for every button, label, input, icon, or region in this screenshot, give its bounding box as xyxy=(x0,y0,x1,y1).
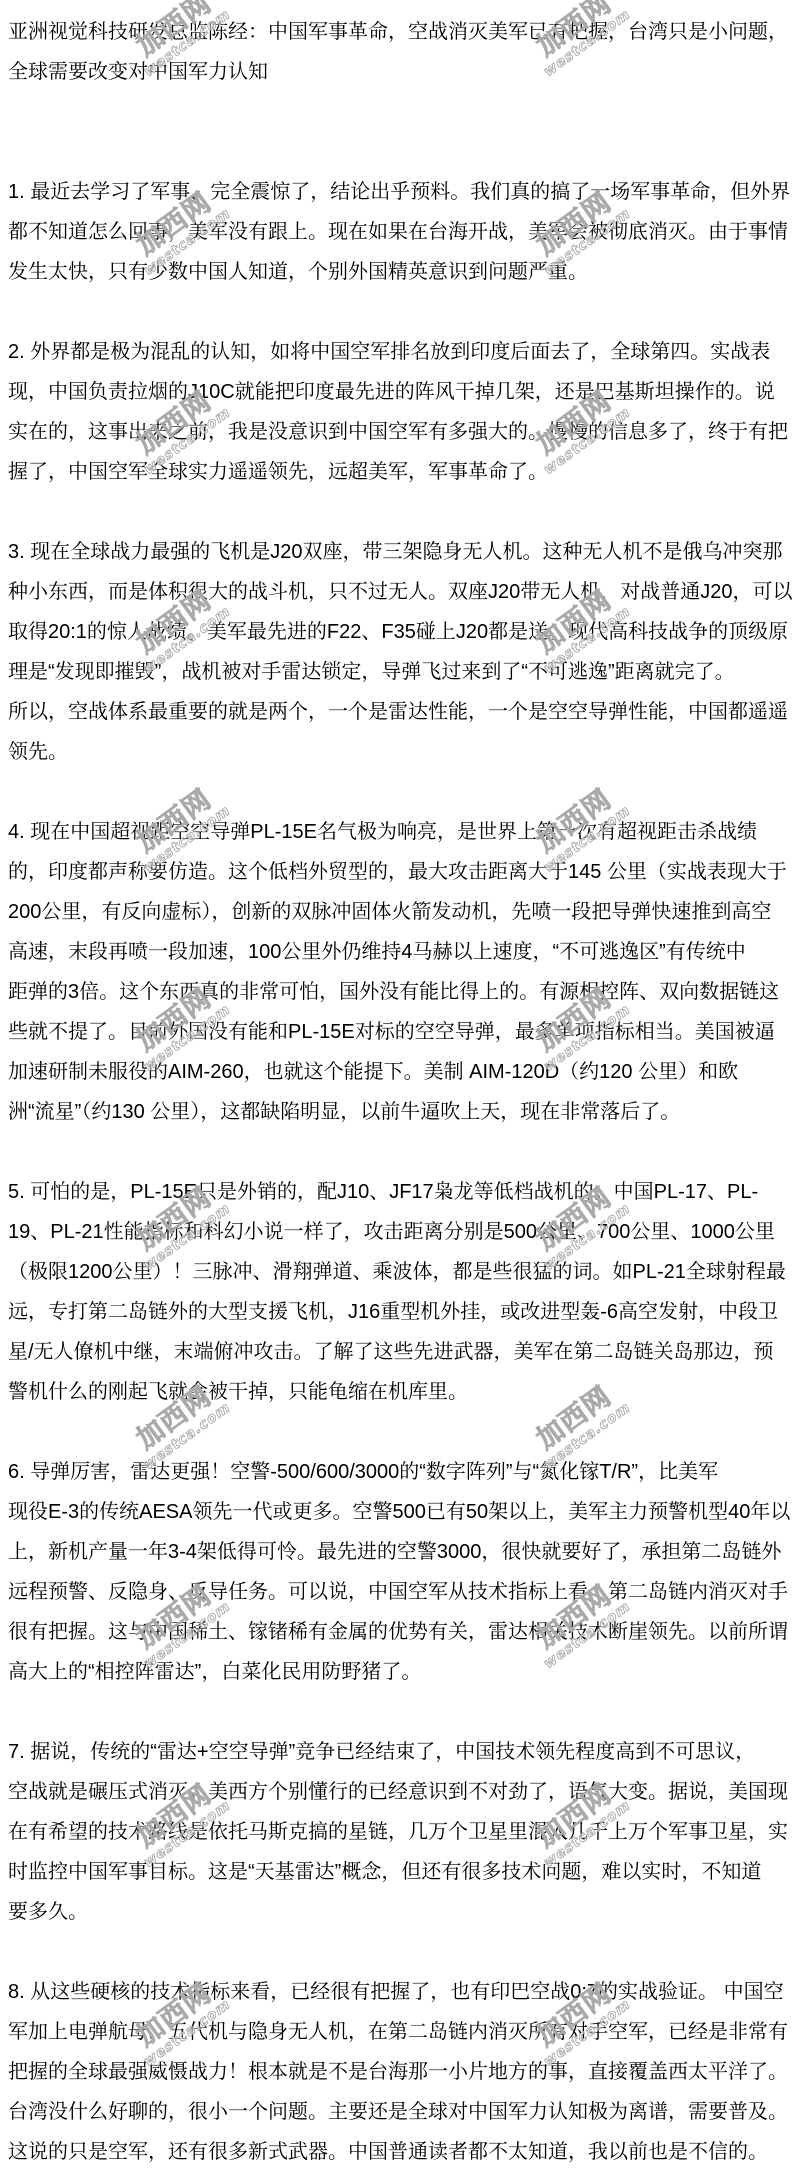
paragraph-line: 洲“流星”（约130 公里），这都缺陷明显，以前牛逼吹上天，现在非常落后了。 xyxy=(8,1092,792,1132)
paragraph-line: 3. 现在全球战力最强的飞机是J20双座，带三架隐身无人机。这种无人机不是俄乌冲… xyxy=(8,532,792,572)
paragraph-line: 理是“发现即摧毁”，战机被对手雷达锁定，导弹飞过来到了“不可逃逸”距离就完了。 xyxy=(8,652,792,692)
paragraph-line: 上，新机产量一年3-4架低得可怜。最先进的空警3000，很快就要好了，承担第二岛… xyxy=(8,1532,792,1572)
paragraph-line: 远程预警、反隐身、反导任务。可以说，中国空军从技术指标上看，第二岛链内消灭对手 xyxy=(8,1572,792,1612)
paragraph-line: 很有把握。这与中国稀土、镓锗稀有金属的优势有关，雷达相关技术断崖领先。以前所谓 xyxy=(8,1612,792,1652)
article: 亚洲视觉科技研发总监陈经：中国军事革命，空战消灭美军已有把握，台湾只是小问题， … xyxy=(8,12,792,2172)
paragraph-line: 把握的全球最强威慑战力！根本就是不是台海那一小片地方的事，直接覆盖西太平洋了。 xyxy=(8,2052,792,2092)
paragraph-line: 领先。 xyxy=(8,732,792,772)
paragraph-line: 星/无人僚机中继，末端俯冲攻击。了解了这些先进武器，美军在第二岛链关岛那边，预 xyxy=(8,1332,792,1372)
paragraph-5: 5. 可怕的是，PL-15E只是外销的，配J10、JF17枭龙等低档战机的。中国… xyxy=(8,1172,792,1412)
paragraph-line: 现，中国负责拉烟的J10C就能把印度最先进的阵风干掉几架，还是巴基斯坦操作的。说 xyxy=(8,372,792,412)
paragraph-line: 远，专打第二岛链外的大型支援飞机，J16重型机外挂，或改进型轰-6高空发射，中段… xyxy=(8,1292,792,1332)
paragraph-line: 空战就是碾压式消灭。美西方个别懂行的已经意识到不对劲了，语气大变。据说，美国现 xyxy=(8,1772,792,1812)
paragraph-line: 高大上的“相控阵雷达”，白菜化民用防野猪了。 xyxy=(8,1652,792,1692)
paragraph-line: 4. 现在中国超视距空空导弹PL-15E名气极为响亮，是世界上第一次有超视距击杀… xyxy=(8,812,792,852)
paragraph-line: 台湾没什么好聊的，很小一个问题。主要还是全球对中国军力认知极为离谱，需要普及。 xyxy=(8,2092,792,2132)
paragraph-line: 军加上电弹航母，五代机与隐身无人机，在第二岛链内消灭所有对手空军，已经是非常有 xyxy=(8,2012,792,2052)
paragraph-line: 所以，空战体系最重要的就是两个，一个是雷达性能，一个是空空导弹性能，中国都遥遥 xyxy=(8,692,792,732)
paragraph-8: 8. 从这些硬核的技术指标来看，已经很有把握了，也有印巴空战0:7的实战验证。 … xyxy=(8,1972,792,2172)
title-line: 全球需要改变对中国军力认知 xyxy=(8,52,792,92)
paragraph-line: 高速，末段再喷一段加速，100公里外仍维持4马赫以上速度，“不可逃逸区”有传统中 xyxy=(8,932,792,972)
paragraph-line: 时监控中国军事目标。这是“天基雷达”概念，但还有很多技术问题，难以实时，不知道 xyxy=(8,1852,792,1892)
paragraph-7: 7. 据说，传统的“雷达+空空导弹”竞争已经结束了，中国技术领先程度高到不可思议… xyxy=(8,1732,792,1932)
paragraph-line: 2. 外界都是极为混乱的认知，如将中国空军排名放到印度后面去了，全球第四。实战表 xyxy=(8,332,792,372)
article-title: 亚洲视觉科技研发总监陈经：中国军事革命，空战消灭美军已有把握，台湾只是小问题， … xyxy=(8,12,792,92)
paragraph-6: 6. 导弹厉害，雷达更强！空警-500/600/3000的“数字阵列”与“氮化镓… xyxy=(8,1452,792,1692)
paragraph-line: 些就不提了。目前外国没有能和PL-15E对标的空空导弹，最多单项指标相当。美国被… xyxy=(8,1012,792,1052)
paragraph-line: 5. 可怕的是，PL-15E只是外销的，配J10、JF17枭龙等低档战机的。中国… xyxy=(8,1172,792,1212)
paragraph-line: 的，印度都声称要仿造。这个低档外贸型的，最大攻击距离大于145 公里（实战表现大… xyxy=(8,852,792,892)
paragraph-line: 19、PL-21性能指标和科幻小说一样了，攻击距离分别是500公里、700公里、… xyxy=(8,1212,792,1252)
paragraph-line: 加速研制未服役的AIM-260，也就这个能提下。美制 AIM-120D（约120… xyxy=(8,1052,792,1092)
paragraph-line: 种小东西，而是体积很大的战斗机，只不过无人。双座J20带无人机，对战普通J20，… xyxy=(8,572,792,612)
paragraph-line: 6. 导弹厉害，雷达更强！空警-500/600/3000的“数字阵列”与“氮化镓… xyxy=(8,1452,792,1492)
paragraph-1: 1. 最近去学习了军事，完全震惊了，结论出乎预料。我们真的搞了一场军事革命，但外… xyxy=(8,172,792,292)
paragraph-line: 现役E-3的传统AESA领先一代或更多。空警500已有50架以上，美军主力预警机… xyxy=(8,1492,792,1532)
paragraph-2: 2. 外界都是极为混乱的认知，如将中国空军排名放到印度后面去了，全球第四。实战表… xyxy=(8,332,792,492)
paragraph-line: 1. 最近去学习了军事，完全震惊了，结论出乎预料。我们真的搞了一场军事革命，但外… xyxy=(8,172,792,212)
paragraph-line: 都不知道怎么回事，美军没有跟上。现在如果在台海开战，美军会被彻底消灭。由于事情 xyxy=(8,212,792,252)
paragraph-line: 8. 从这些硬核的技术指标来看，已经很有把握了，也有印巴空战0:7的实战验证。 … xyxy=(8,1972,792,2012)
paragraph-line: 7. 据说，传统的“雷达+空空导弹”竞争已经结束了，中国技术领先程度高到不可思议… xyxy=(8,1732,792,1772)
paragraph-3: 3. 现在全球战力最强的飞机是J20双座，带三架隐身无人机。这种无人机不是俄乌冲… xyxy=(8,532,792,772)
paragraph-line: 实在的，这事出来之前，我是没意识到中国空军有多强大的。慢慢的信息多了，终于有把 xyxy=(8,412,792,452)
paragraph-line: 取得20:1的惊人战绩。美军最先进的F22、F35碰上J20都是送。现代高科技战… xyxy=(8,612,792,652)
paragraph-line: 握了，中国空军全球实力遥遥领先，远超美军，军事革命了。 xyxy=(8,452,792,492)
paragraph-line: 要多久。 xyxy=(8,1892,792,1932)
paragraph-line: 在有希望的技术路线是依托马斯克搞的星链，几万个卫星里混入几千上万个军事卫星，实 xyxy=(8,1812,792,1852)
paragraph-line: 距弹的3倍。这个东西真的非常可怕，国外没有能比得上的。有源相控阵、双向数据链这 xyxy=(8,972,792,1012)
title-line: 亚洲视觉科技研发总监陈经：中国军事革命，空战消灭美军已有把握，台湾只是小问题， xyxy=(8,12,792,52)
paragraph-4: 4. 现在中国超视距空空导弹PL-15E名气极为响亮，是世界上第一次有超视距击杀… xyxy=(8,812,792,1132)
paragraph-line: （极限1200公里）！三脉冲、滑翔弹道、乘波体，都是些很猛的词。如PL-21全球… xyxy=(8,1252,792,1292)
paragraph-line: 发生太快，只有少数中国人知道，个别外国精英意识到问题严重。 xyxy=(8,252,792,292)
paragraph-line: 200公里，有反向虚标），创新的双脉冲固体火箭发动机，先喷一段把导弹快速推到高空 xyxy=(8,892,792,932)
paragraph-line: 这说的只是空军，还有很多新式武器。中国普通读者都不太知道，我以前也是不信的。 xyxy=(8,2132,792,2172)
paragraph-line: 警机什么的刚起飞就会被干掉，只能龟缩在机库里。 xyxy=(8,1372,792,1412)
